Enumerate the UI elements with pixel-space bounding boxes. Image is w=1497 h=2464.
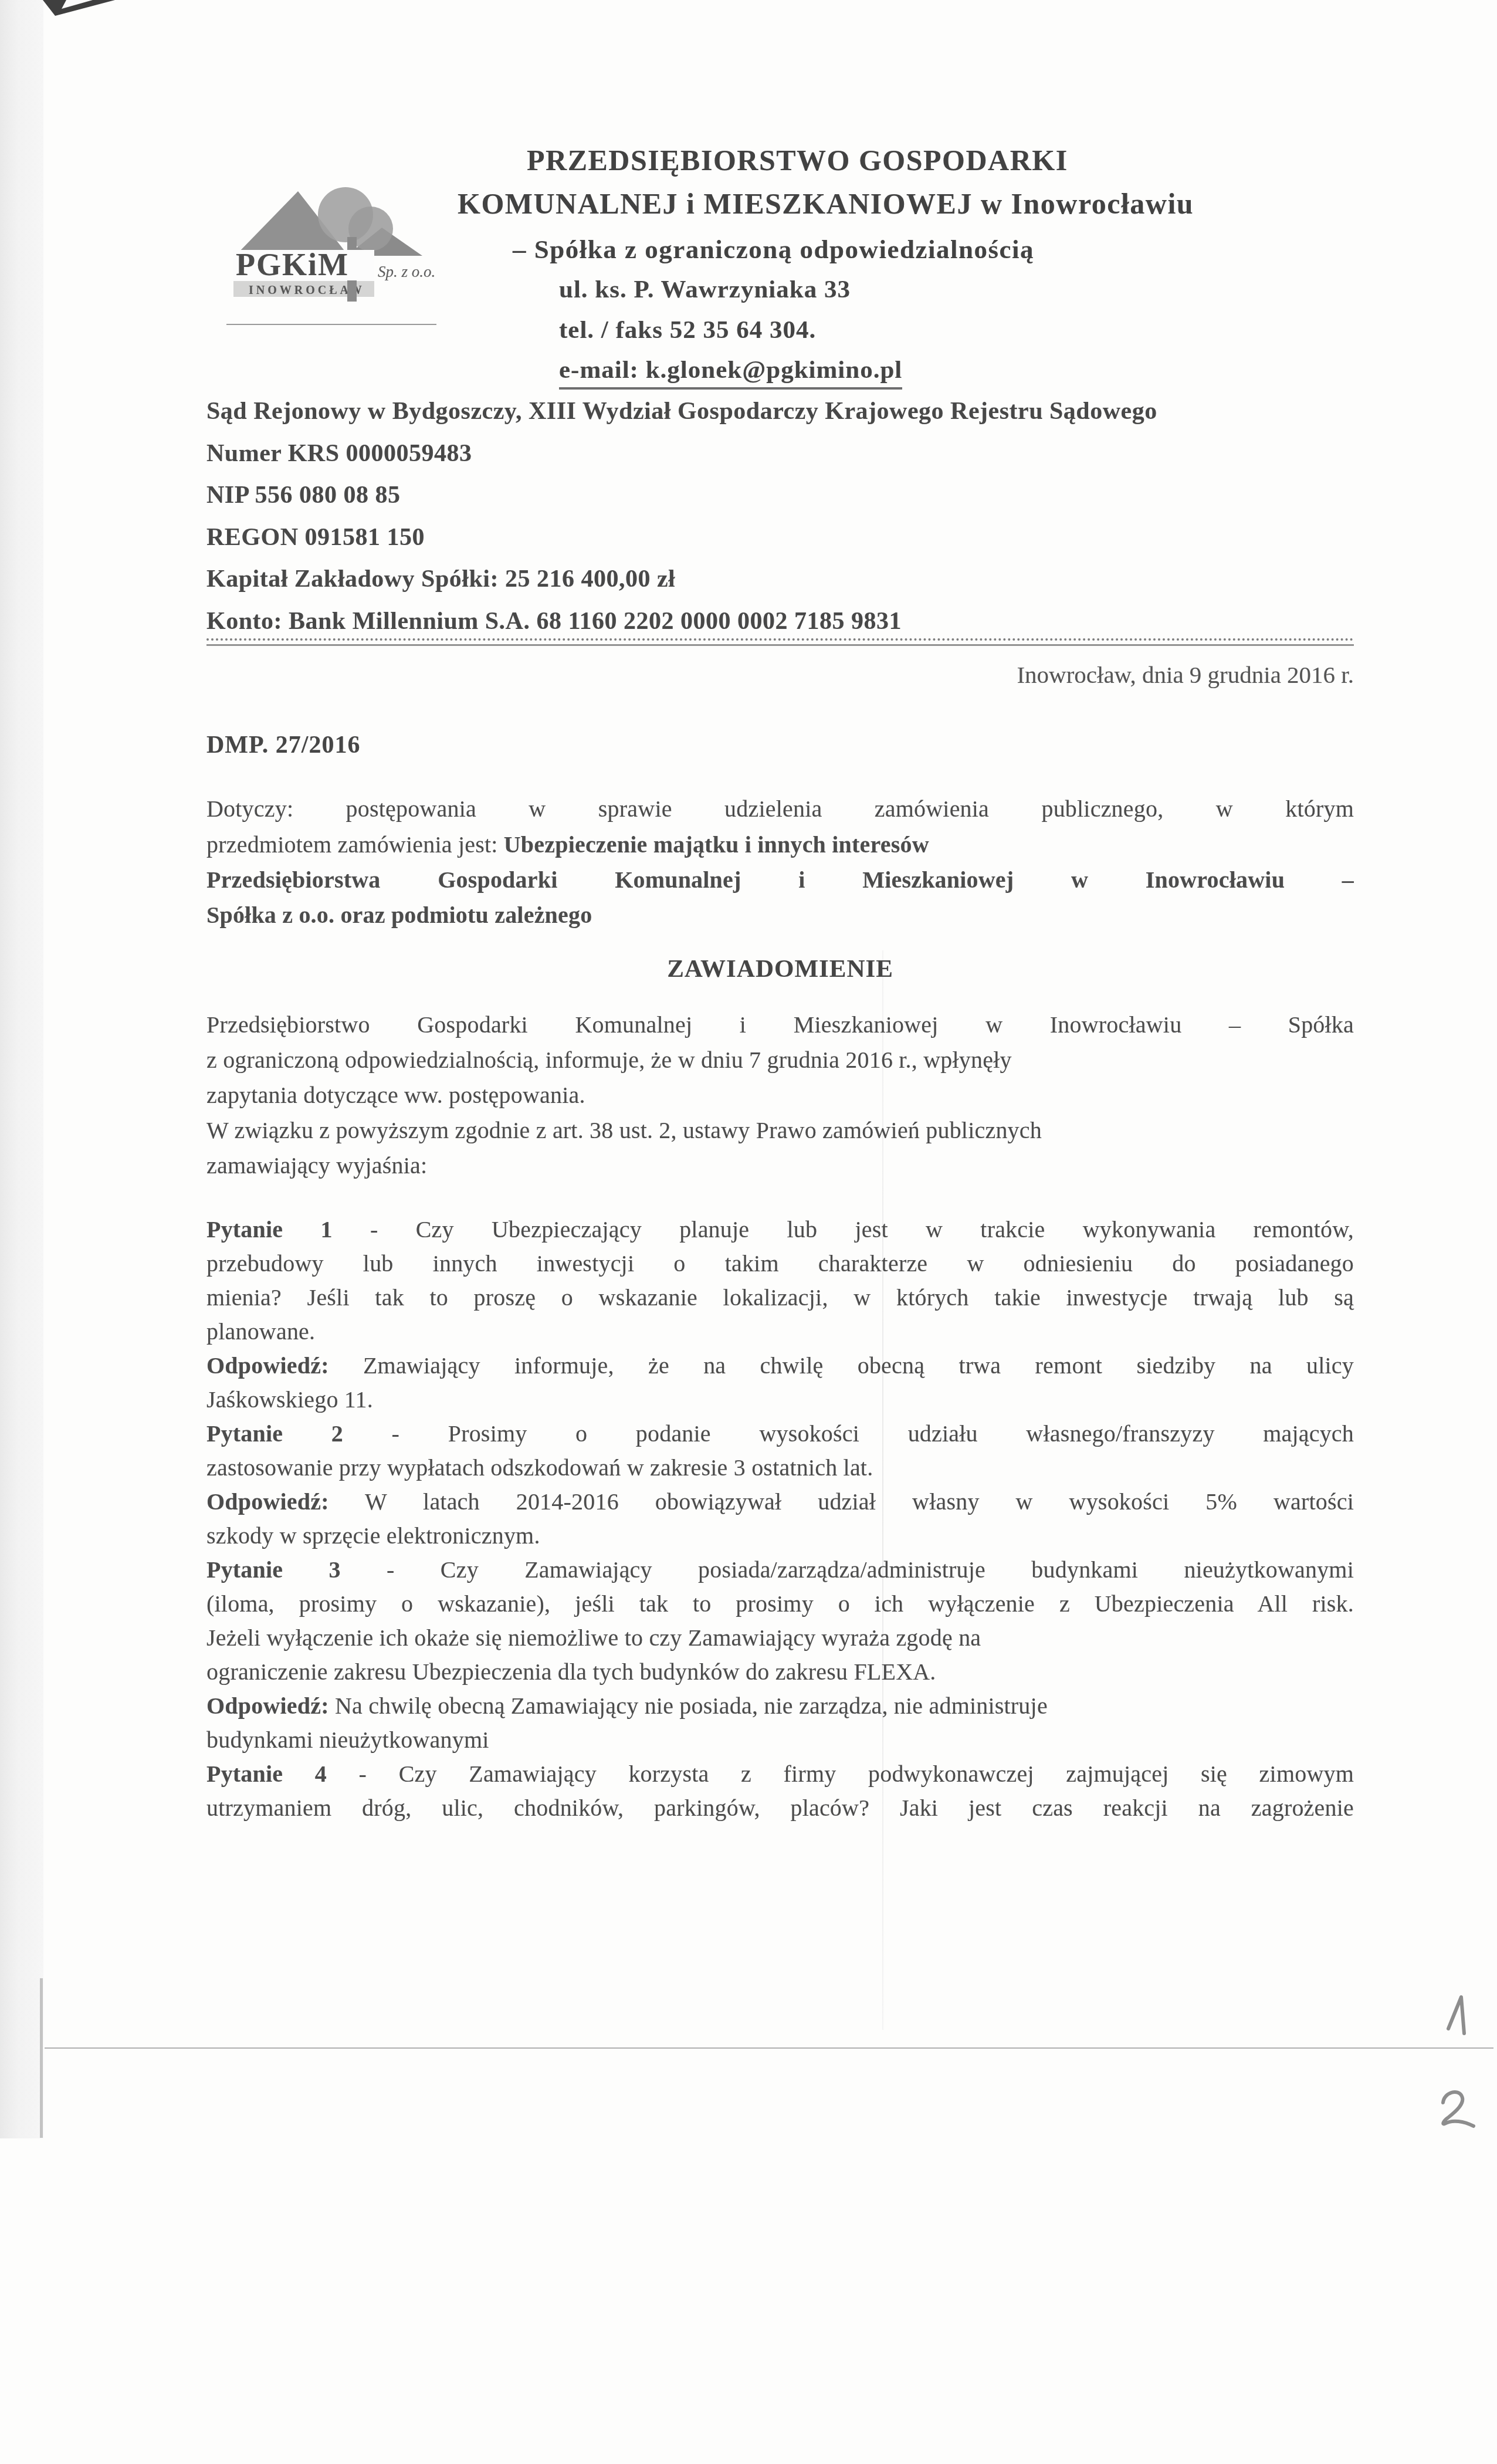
- qa-line: budynkami nieużytkowanymi: [206, 1726, 1354, 1754]
- qa-line: Pytanie 1 - Czy Ubezpieczający planuje l…: [206, 1216, 1354, 1244]
- text-segment: Pytanie 1: [206, 1216, 333, 1243]
- text-segment: Zmawiający informuje, że na chwilę obecn…: [329, 1352, 1354, 1379]
- text-segment: Ubezpieczenie majątku i innych interesów: [504, 831, 929, 858]
- address-line: tel. / faks 52 35 64 304.: [559, 316, 816, 344]
- text-segment: przebudowy lub innych inwestycji o takim…: [206, 1250, 1354, 1277]
- subject-line: Spółka z o.o. oraz podmiotu zależnego: [206, 901, 1354, 929]
- registry-line: NIP 556 080 08 85: [206, 481, 401, 509]
- text-segment: W związku z powyższym zgodnie z art. 38 …: [206, 1117, 1042, 1143]
- text-segment: przedmiotem zamówienia jest:: [206, 831, 504, 858]
- text-segment: - Czy Ubezpieczający planuje lub jest w …: [333, 1216, 1354, 1243]
- text-segment: Pytanie 2: [206, 1420, 343, 1447]
- qa-line: Odpowiedź: W latach 2014-2016 obowiązywa…: [206, 1488, 1354, 1516]
- text-segment: zastosowanie przy wypłatach odszkodowań …: [206, 1454, 873, 1481]
- handwritten-page-mark-1: [1444, 1992, 1479, 2042]
- text-segment: Odpowiedź:: [206, 1488, 329, 1515]
- email-line: e-mail: k.glonek@pgkimino.pl: [559, 356, 902, 390]
- text-segment: planowane.: [206, 1318, 315, 1345]
- qa-line: planowane.: [206, 1318, 1354, 1346]
- qa-line: Pytanie 3 - Czy Zamawiający posiada/zarz…: [206, 1556, 1354, 1584]
- qa-line: (iloma, prosimy o wskazanie), jeśli tak …: [206, 1590, 1354, 1618]
- text-segment: ograniczenie zakresu Ubezpieczenia dla t…: [206, 1659, 936, 1685]
- text-segment: mienia? Jeśli tak to proszę o wskazanie …: [206, 1284, 1354, 1311]
- text-segment: (iloma, prosimy o wskazanie), jeśli tak …: [206, 1590, 1354, 1617]
- scanned-letter-page: PGKiM Sp. z o.o. INOWROCŁAW Inowrocław, …: [0, 0, 1497, 2464]
- registry-line: REGON 091581 150: [206, 523, 425, 551]
- subject-line: Przedsiębiorstwa Gospodarki Komunalnej i…: [206, 866, 1354, 894]
- text-segment: Pytanie 4: [206, 1761, 327, 1787]
- qa-line: utrzymaniem dróg, ulic, chodników, parki…: [206, 1794, 1354, 1822]
- text-segment: W latach 2014-2016 obowiązywał udział wł…: [329, 1488, 1354, 1515]
- text-segment: zapytania dotyczące ww. postępowania.: [206, 1082, 585, 1108]
- qa-line: szkody w sprzęcie elektronicznym.: [206, 1522, 1354, 1550]
- intro-line: zamawiający wyjaśnia:: [206, 1152, 1354, 1180]
- qa-line: Jeżeli wyłączenie ich okaże się niemożli…: [206, 1624, 1354, 1652]
- scan-left-edge-shadow: [40, 1978, 43, 2138]
- company-name-line: PRZEDSIĘBIORSTWO GOSPODARKI: [527, 143, 1068, 177]
- company-name-line: – Spółka z ograniczoną odpowiedzialności…: [513, 234, 1034, 265]
- logo-company-type: Sp. z o.o.: [378, 263, 435, 280]
- qa-line: Pytanie 4 - Czy Zamawiający korzysta z f…: [206, 1760, 1354, 1788]
- text-segment: - Czy Zamawiający posiada/zarządza/admin…: [341, 1556, 1354, 1583]
- text-segment: - Czy Zamawiający korzysta z firmy podwy…: [327, 1761, 1354, 1787]
- intro-line: W związku z powyższym zgodnie z art. 38 …: [206, 1116, 1354, 1145]
- qa-line: Odpowiedź: Zmawiający informuje, że na c…: [206, 1352, 1354, 1380]
- text-segment: Na chwilę obecną Zamawiający nie posiada…: [329, 1693, 1048, 1719]
- subject-line: przedmiotem zamówienia jest: Ubezpieczen…: [206, 831, 1354, 859]
- qa-line: Jaśkowskiego 11.: [206, 1386, 1354, 1414]
- qa-line: Pytanie 2 - Prosimy o podanie wysokości …: [206, 1420, 1354, 1448]
- qa-line: przebudowy lub innych inwestycji o takim…: [206, 1250, 1354, 1278]
- header-separator-dotted-rule: [206, 638, 1354, 646]
- registry-line: Kapitał Zakładowy Spółki: 25 216 400,00 …: [206, 565, 675, 593]
- text-segment: z ograniczoną odpowiedzialnością, inform…: [206, 1047, 1012, 1073]
- text-segment: zamawiający wyjaśnia:: [206, 1152, 427, 1179]
- intro-line: zapytania dotyczące ww. postępowania.: [206, 1081, 1354, 1109]
- intro-line: Przedsiębiorstwo Gospodarki Komunalnej i…: [206, 1011, 1354, 1039]
- logo-acronym: PGKiM: [236, 247, 349, 282]
- text-segment: Dotyczy: postępowania w sprawie udzielen…: [206, 796, 1354, 822]
- text-segment: budynkami nieużytkowanymi: [206, 1727, 489, 1753]
- qa-line: ograniczenie zakresu Ubezpieczenia dla t…: [206, 1658, 1354, 1686]
- registry-line: Konto: Bank Millennium S.A. 68 1160 2202…: [206, 607, 902, 635]
- text-segment: - Prosimy o podanie wysokości udziału wł…: [343, 1420, 1354, 1447]
- text-segment: Odpowiedź:: [206, 1352, 329, 1379]
- text-segment: szkody w sprzęcie elektronicznym.: [206, 1522, 540, 1549]
- company-name-line: KOMUNALNEJ i MIESZKANIOWEJ w Inowrocławi…: [458, 187, 1194, 221]
- company-logo: PGKiM Sp. z o.o. INOWROCŁAW: [226, 181, 443, 321]
- text-segment: Pytanie 3: [206, 1556, 341, 1583]
- date-line: Inowrocław, dnia 9 grudnia 2016 r.: [1017, 661, 1354, 689]
- text-segment: Przedsiębiorstwo Gospodarki Komunalnej i…: [206, 1011, 1354, 1038]
- text-segment: Odpowiedź:: [206, 1693, 329, 1719]
- reference-number: DMP. 27/2016: [206, 731, 360, 759]
- logo-underline-rule: [226, 324, 436, 325]
- registry-line: Numer KRS 0000059483: [206, 439, 472, 468]
- qa-line: Odpowiedź: Na chwilę obecną Zamawiający …: [206, 1692, 1354, 1720]
- intro-line: z ograniczoną odpowiedzialnością, inform…: [206, 1046, 1354, 1074]
- address-line: ul. ks. P. Wawrzyniaka 33: [559, 275, 851, 304]
- page-divider-line: [45, 2047, 1493, 2049]
- logo-mountains-tree-icon: PGKiM Sp. z o.o. INOWROCŁAW: [226, 181, 443, 321]
- qa-line: mienia? Jeśli tak to proszę o wskazanie …: [206, 1284, 1354, 1312]
- qa-line: zastosowanie przy wypłatach odszkodowań …: [206, 1454, 1354, 1482]
- text-segment: utrzymaniem dróg, ulic, chodników, parki…: [206, 1795, 1354, 1821]
- notice-title: ZAWIADOMIENIE: [206, 954, 1354, 984]
- text-segment: Jaśkowskiego 11.: [206, 1386, 373, 1413]
- text-segment: Przedsiębiorstwa Gospodarki Komunalnej i…: [206, 867, 1354, 893]
- handwritten-page-mark-2: [1436, 2087, 1482, 2134]
- subject-line: Dotyczy: postępowania w sprawie udzielen…: [206, 795, 1354, 823]
- scan-left-edge: [0, 0, 43, 2138]
- scan-corner-artifact: [34, 0, 163, 23]
- text-segment: Spółka z o.o. oraz podmiotu zależnego: [206, 902, 592, 928]
- text-segment: Jeżeli wyłączenie ich okaże się niemożli…: [206, 1624, 981, 1651]
- registry-line: Sąd Rejonowy w Bydgoszczy, XIII Wydział …: [206, 397, 1157, 425]
